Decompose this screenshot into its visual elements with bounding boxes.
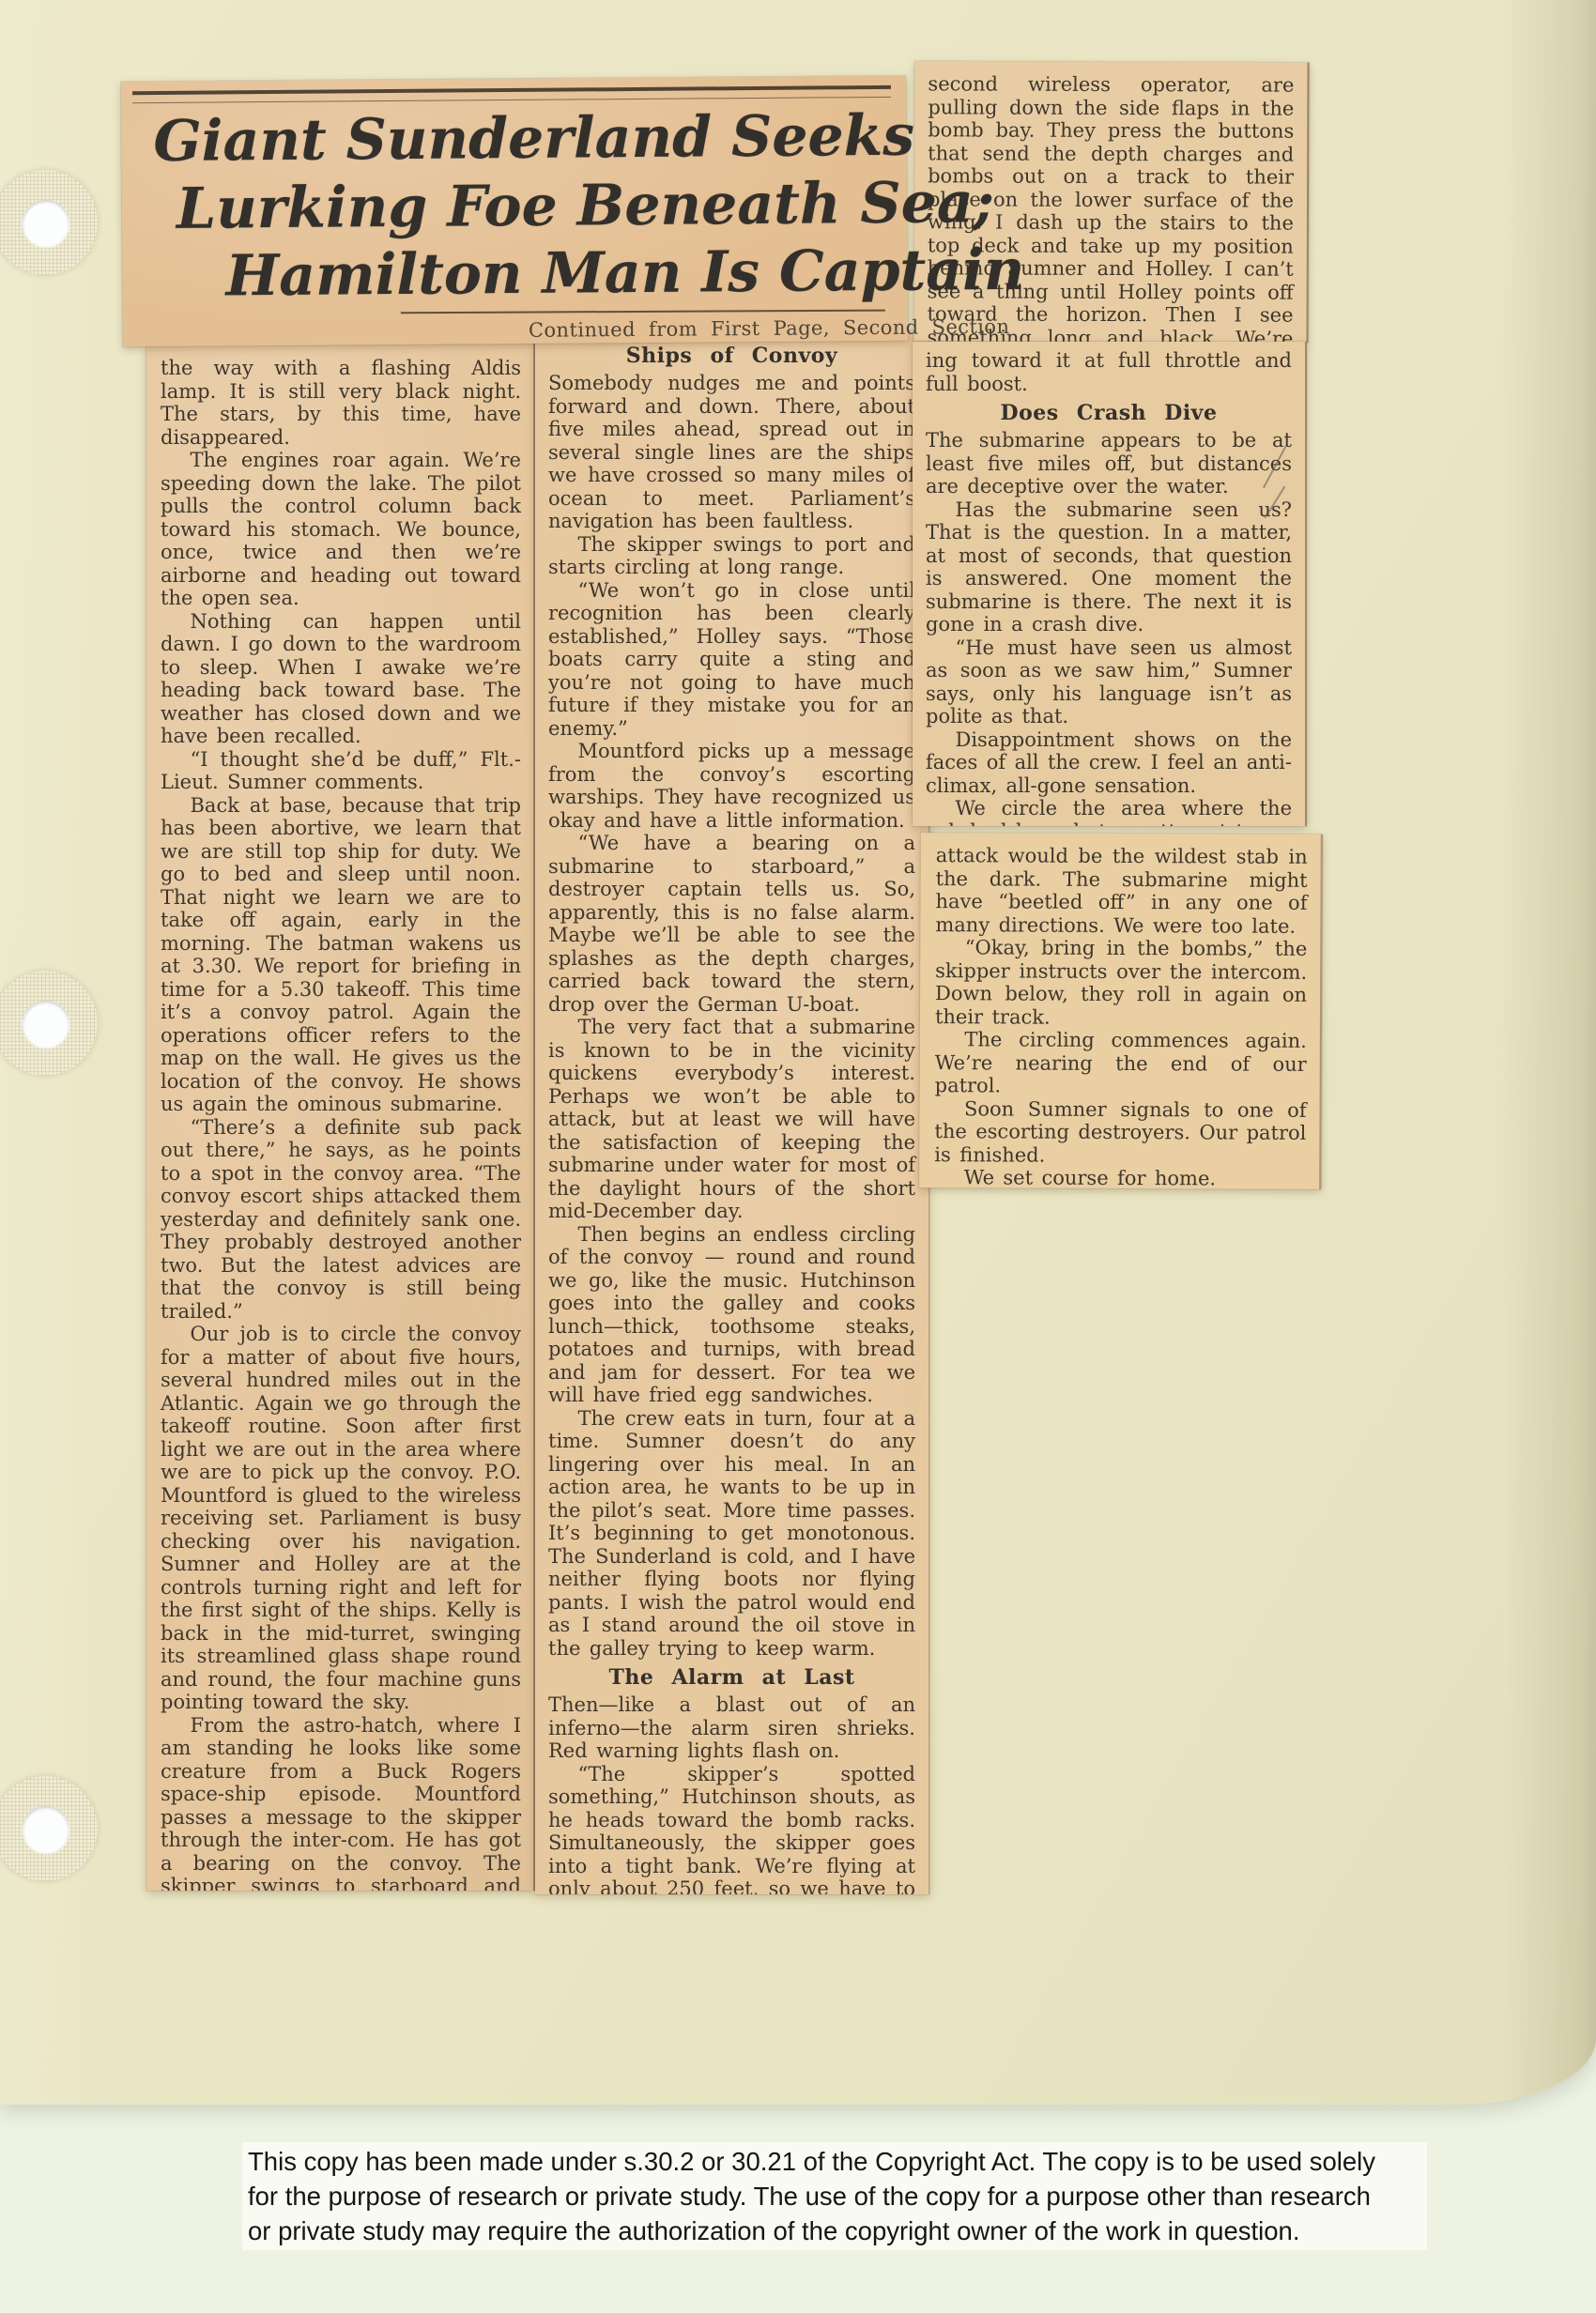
paragraph: the way with a flashing Aldis lamp. It i… (161, 357, 521, 449)
paragraph: Disappointment shows on the faces of all… (926, 728, 1292, 798)
subheading-ships-of-convoy: Ships of Convoy (548, 344, 915, 368)
hole-punch-circle (23, 1806, 69, 1853)
paragraph: “We won’t go in close until recognition … (548, 579, 915, 741)
subheading-the-alarm-at-last: The Alarm at Last (548, 1665, 915, 1690)
article-column-3-bottom: attack would be the wildest stab in the … (919, 833, 1323, 1189)
paragraph: “I thought she’d be duff,” Flt.-Lieut. S… (161, 748, 521, 794)
headline-top-rule (132, 85, 891, 103)
headline-bottom-rule (401, 310, 885, 314)
copyright-notice: This copy has been made under s.30.2 or … (242, 2142, 1427, 2250)
continued-from-line: Continued from First Page, Second Sectio… (529, 315, 1010, 342)
paragraph: We set course for home. (934, 1166, 1306, 1189)
paragraph: Somebody nudges me and points forward an… (548, 372, 915, 533)
paragraph: “We have a bearing on a submarine to sta… (548, 832, 915, 1016)
paragraph: The circling commences again. We’re near… (935, 1028, 1307, 1098)
paragraph: “There’s a definite sub pack out there,”… (161, 1116, 521, 1324)
paragraph: ing toward it at full throttle and full … (926, 349, 1292, 395)
paragraph: We circle the area where the sub had bee… (926, 797, 1292, 826)
paragraph: attack would be the wildest stab in the … (935, 844, 1307, 938)
paragraph: The submarine appears to be at least fiv… (926, 429, 1292, 498)
paragraph: The very fact that a submarine is known … (548, 1016, 915, 1223)
scanned-page: Giant Sunderland Seeks Lurking Foe Benea… (0, 0, 1596, 2313)
article-column-2: Ships of Convoy Somebody nudges me and p… (535, 330, 929, 1894)
copyright-line-3: or private study may require the authori… (248, 2213, 1421, 2248)
paragraph: The crew eats in turn, four at a time. S… (548, 1407, 915, 1661)
paragraph: “He must have seen us almost as soon as … (926, 636, 1292, 728)
paragraph: Has the submarine seen us? That is the q… (926, 498, 1292, 636)
article-column-1: the way with a flashing Aldis lamp. It i… (146, 344, 535, 1891)
paragraph: Our job is to circle the convoy for a ma… (161, 1323, 521, 1714)
headline-clipping: Giant Sunderland Seeks Lurking Foe Benea… (121, 76, 908, 347)
punch-hole-top (0, 166, 113, 279)
headline-line-1: Giant Sunderland Seeks (153, 102, 907, 176)
paragraph: The skipper swings to port and starts ci… (548, 533, 915, 579)
copyright-line-1: This copy has been made under s.30.2 or … (248, 2144, 1421, 2179)
paragraph: Then—like a blast out of an inferno—the … (548, 1693, 915, 1763)
paragraph: “Okay, bring in the bombs,” the skipper … (935, 936, 1307, 1030)
subheading-does-crash-dive: Does Crash Dive (926, 401, 1292, 425)
paragraph: From the astro-hatch, where I am standin… (161, 1714, 521, 1892)
paragraph: The engines roar again. We’re speeding d… (161, 449, 521, 610)
headline-line-2: Lurking Foe Beneath Sea; (176, 170, 908, 243)
paragraph: Then begins an endless circling of the c… (548, 1223, 915, 1407)
hole-punch-circle (23, 200, 69, 247)
punch-hole-middle (0, 967, 113, 1080)
paragraph: Mountford picks up a message from the co… (548, 740, 915, 832)
paragraph: Nothing can happen until dawn. I go down… (161, 610, 521, 748)
hole-punch-circle (23, 1001, 69, 1048)
headline-line-3: Hamilton Man Is Captain (225, 237, 908, 311)
copyright-line-2: for the purpose of research or private s… (248, 2179, 1421, 2213)
paragraph: Soon Sumner signals to one of the escort… (934, 1097, 1306, 1168)
paragraph: Back at base, because that trip has been… (161, 794, 521, 1116)
punch-hole-bottom (0, 1772, 113, 1885)
article-column-3-middle: ing toward it at full throttle and full … (913, 342, 1307, 826)
paragraph: “The skipper’s spotted something,” Hutch… (548, 1763, 915, 1895)
